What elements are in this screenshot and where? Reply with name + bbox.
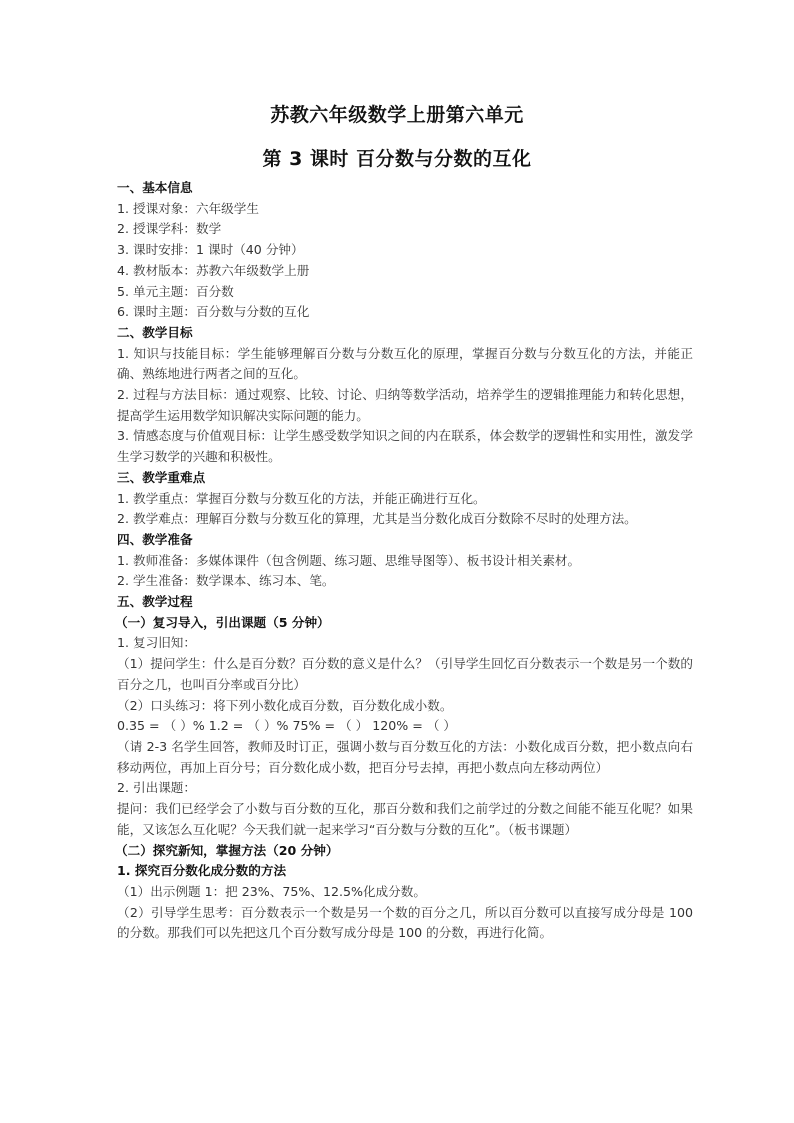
info-item: 2. 授课学科：数学	[117, 219, 693, 240]
info-item: 5. 单元主题：百分数	[117, 282, 693, 303]
document-body: 一、基本信息 1. 授课对象：六年级学生 2. 授课学科：数学 3. 课时安排：…	[117, 178, 693, 944]
info-item: 1. 授课对象：六年级学生	[117, 199, 693, 220]
explore-step-2: （2）引导学生思考：百分数表示一个数是另一个数的百分之几，所以百分数可以直接写成…	[117, 903, 693, 944]
objective-item: 3. 情感态度与价值观目标：让学生感受数学知识之间的内在联系，体会数学的逻辑性和…	[117, 426, 693, 467]
section-heading-preparation: 四、教学准备	[117, 530, 693, 551]
key-point-item: 1. 教学重点：掌握百分数与分数互化的方法，并能正确进行互化。	[117, 489, 693, 510]
review-note: （请 2-3 名学生回答，教师及时订正，强调小数与百分数互化的方法：小数化成百分…	[117, 737, 693, 778]
process-part1-heading: （一）复习导入，引出课题（5 分钟）	[117, 613, 693, 634]
info-item: 4. 教材版本：苏教六年级数学上册	[117, 261, 693, 282]
info-item: 3. 课时安排：1 课时（40 分钟）	[117, 240, 693, 261]
document-title: 苏教六年级数学上册第六单元	[0, 100, 794, 127]
review-exercise: 0.35 = （ ）% 1.2 = （ ）% 75% = （ ） 120% = …	[117, 716, 693, 737]
process-part2-subheading: 1. 探究百分数化成分数的方法	[117, 861, 693, 882]
key-point-item: 2. 教学难点：理解百分数与分数互化的算理，尤其是当分数化成百分数除不尽时的处理…	[117, 509, 693, 530]
review-question-2: （2）口头练习：将下列小数化成百分数，百分数化成小数。	[117, 696, 693, 717]
section-heading-basic-info: 一、基本信息	[117, 178, 693, 199]
review-question-1: （1）提问学生：什么是百分数？百分数的意义是什么？（引导学生回忆百分数表示一个数…	[117, 654, 693, 695]
process-part2-heading: （二）探究新知，掌握方法（20 分钟）	[117, 841, 693, 862]
objective-item: 1. 知识与技能目标：学生能够理解百分数与分数互化的原理，掌握百分数与分数互化的…	[117, 344, 693, 385]
objective-item: 2. 过程与方法目标：通过观察、比较、讨论、归纳等数学活动，培养学生的逻辑推理能…	[117, 385, 693, 426]
section-heading-objectives: 二、教学目标	[117, 323, 693, 344]
preparation-item: 2. 学生准备：数学课本、练习本、笔。	[117, 571, 693, 592]
preparation-item: 1. 教师准备：多媒体课件（包含例题、练习题、思维导图等）、板书设计相关素材。	[117, 551, 693, 572]
intro-label: 2. 引出课题：	[117, 778, 693, 799]
review-label: 1. 复习旧知：	[117, 633, 693, 654]
explore-step-1: （1）出示例题 1：把 23%、75%、12.5%化成分数。	[117, 882, 693, 903]
section-heading-process: 五、教学过程	[117, 592, 693, 613]
document-page: 苏教六年级数学上册第六单元 第 3 课时 百分数与分数的互化 一、基本信息 1.…	[0, 0, 794, 1123]
info-item: 6. 课时主题：百分数与分数的互化	[117, 302, 693, 323]
lesson-subtitle: 第 3 课时 百分数与分数的互化	[0, 144, 794, 171]
intro-text: 提问：我们已经学会了小数与百分数的互化，那百分数和我们之前学过的分数之间能不能互…	[117, 799, 693, 840]
section-heading-key-points: 三、教学重难点	[117, 468, 693, 489]
